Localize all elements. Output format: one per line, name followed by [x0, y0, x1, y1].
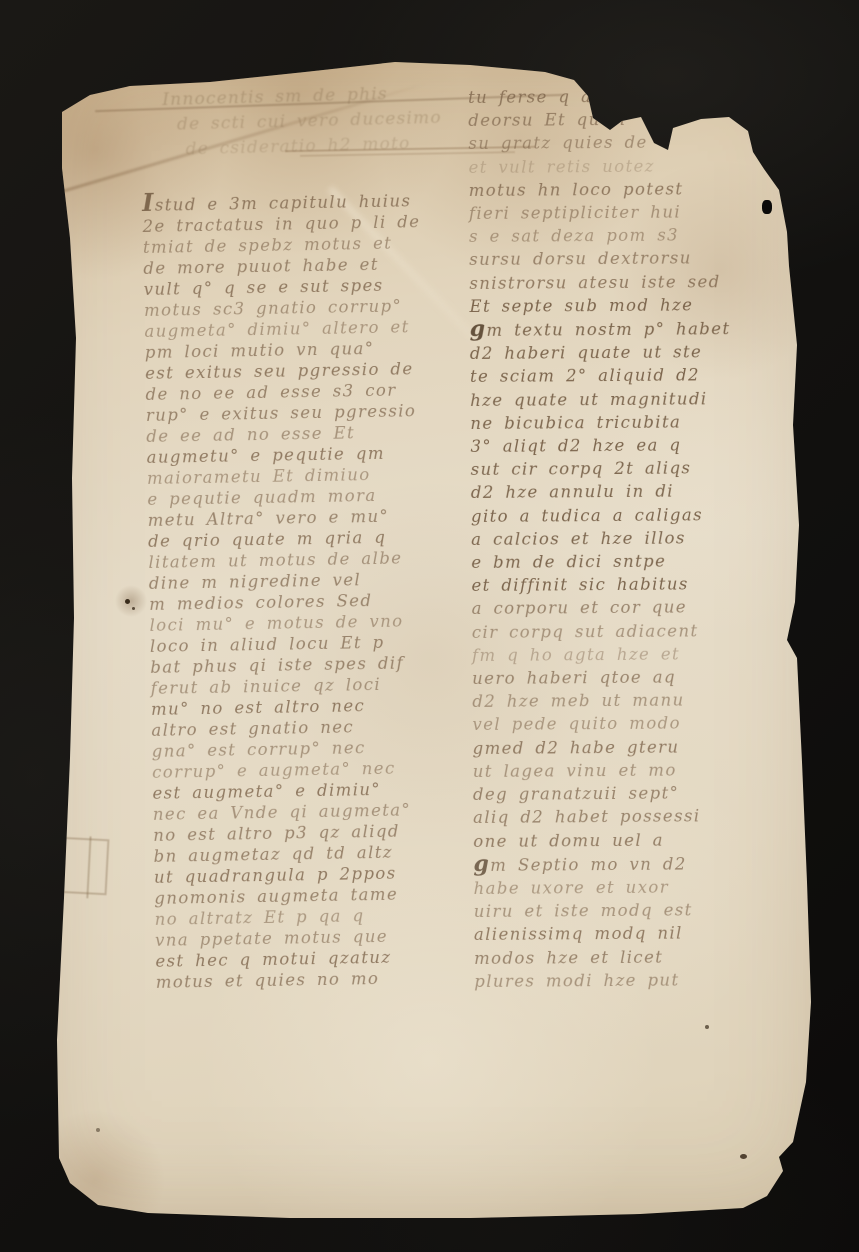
text-column-left: Istud e 3m capitulu huius2e tractatus in…	[142, 187, 434, 993]
manuscript-text-line: vel pede quito modo	[472, 712, 733, 737]
manuscript-text-line: d2 haberi quate ut ste	[470, 340, 731, 365]
manuscript-text-line: cir corpq sut adiacent	[472, 619, 733, 644]
ink-speck	[96, 1128, 100, 1132]
manuscript-text-line: d2 hze meb ut manu	[472, 688, 733, 713]
manuscript-text-line: 3° aliqt d2 hze ea q	[470, 433, 731, 458]
manuscript-text-line: d2 hze annulu in di	[471, 480, 732, 505]
manuscript-text-line: ne bicubica tricubita	[470, 410, 731, 435]
manuscript-text-line: fm q ho agta hze et	[472, 642, 733, 667]
manuscript-page: Innocentis sm de phisde scti cui vero du…	[0, 0, 859, 1252]
manuscript-text-line: one ut domu uel a	[473, 828, 734, 853]
text-column-right: tu ferse q adeorsu Et quetisu gratz quie…	[468, 84, 735, 993]
manuscript-text-line: su gratz quies de	[468, 131, 729, 156]
manuscript-text-line: s e sat deza pom s3	[469, 223, 730, 248]
manuscript-text-line: Et septe sub mod hze	[469, 293, 730, 318]
ink-speck	[125, 599, 130, 604]
manuscript-text-line: gito a tudica a caligas	[471, 503, 732, 528]
manuscript-text-line: gm textu nostm p° habet	[470, 316, 731, 342]
manuscript-text-line: fieri septipliciter hui	[469, 200, 730, 225]
manuscript-text-line: sut cir corpq 2t aliqs	[471, 456, 732, 481]
manuscript-text-line: e bm de dici sntpe	[471, 549, 732, 574]
manuscript-text-line: hze quate ut magnitudi	[470, 387, 731, 412]
manuscript-text-line: modos hze et licet	[474, 945, 735, 970]
worm-hole	[762, 200, 772, 214]
manuscript-text-line: gm Septio mo vn d2	[473, 851, 734, 877]
manuscript-text-line: alienissimq modq nil	[474, 921, 735, 946]
manuscript-text-line: et diffinit sic habitus	[471, 572, 732, 597]
manuscript-text-line: gmed d2 habe gteru	[473, 735, 734, 760]
manuscript-text-line: et vult retis uotez	[468, 154, 729, 179]
manuscript-text-line: uero haberi qtoe aq	[472, 665, 733, 690]
manuscript-text-line: a calcios et hze illos	[471, 526, 732, 551]
manuscript-text-line: motus hn loco potest	[469, 177, 730, 202]
manuscript-text-line: a corporu et cor que	[472, 596, 733, 621]
manuscript-text-line: ut lagea vinu et mo	[473, 758, 734, 783]
manuscript-text-line: te sciam 2° aliquid d2	[470, 364, 731, 389]
manuscript-text-line: snistrorsu atesu iste sed	[469, 270, 730, 295]
manuscript-text-line: deg granatzuii sept°	[473, 781, 734, 806]
photo-backdrop: Innocentis sm de phisde scti cui vero du…	[0, 0, 859, 1252]
manuscript-text-line: uiru et iste modq est	[474, 898, 735, 923]
manuscript-text-line: habe uxore et uxor	[474, 875, 735, 900]
manuscript-text-line: plures modi hze put	[474, 968, 735, 993]
manuscript-text-line: aliq d2 habet possessi	[473, 804, 734, 829]
header-inscription: Innocentis sm de phisde scti cui vero du…	[162, 81, 443, 163]
manuscript-text-line: sursu dorsu dextrorsu	[469, 247, 730, 272]
ink-speck	[705, 1025, 709, 1029]
ink-speck	[132, 607, 135, 610]
ink-speck	[740, 1154, 747, 1159]
